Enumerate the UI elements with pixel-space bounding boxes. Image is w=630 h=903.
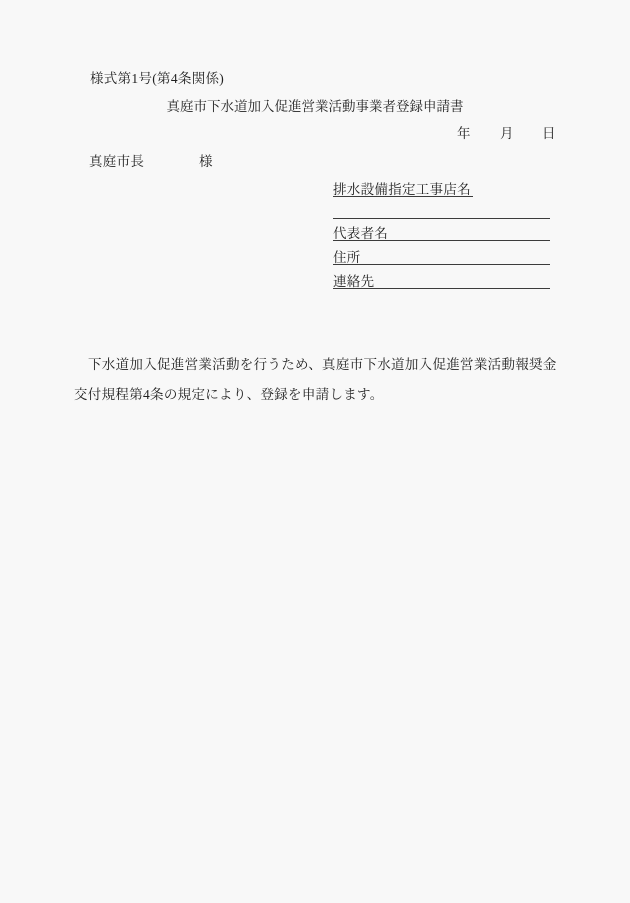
form-number-line: 様式第1号(第4条関係) — [90, 71, 224, 87]
contact-field-label: 連絡先 — [333, 274, 374, 289]
addressee-honorific: 様 — [199, 154, 213, 170]
document-title: 真庭市下水道加入促進営業活動事業者登録申請書 — [0, 99, 630, 115]
date-day-label: 日 — [542, 126, 556, 142]
document-page: 様式第1号(第4条関係) 真庭市下水道加入促進営業活動事業者登録申請書 年 月 … — [0, 0, 630, 903]
address-field: 住所 — [333, 249, 550, 265]
representative-field: 代表者名 — [333, 225, 550, 241]
addressee-name: 真庭市長 — [89, 154, 144, 170]
address-field-label: 住所 — [333, 250, 361, 265]
date-year-label: 年 — [457, 126, 471, 142]
contact-field: 連絡先 — [333, 273, 550, 289]
application-statement-line-2: 交付規程第4条の規定により、登録を申請します。 — [74, 387, 384, 403]
shop-name-blank-line — [333, 203, 550, 219]
application-statement-line-1: 下水道加入促進営業活動を行うため、真庭市下水道加入促進営業活動報奨金 — [88, 357, 557, 373]
shop-name-field-label: 排水設備指定工事店名 — [333, 181, 473, 197]
date-month-label: 月 — [500, 126, 514, 142]
representative-field-label: 代表者名 — [333, 226, 388, 241]
